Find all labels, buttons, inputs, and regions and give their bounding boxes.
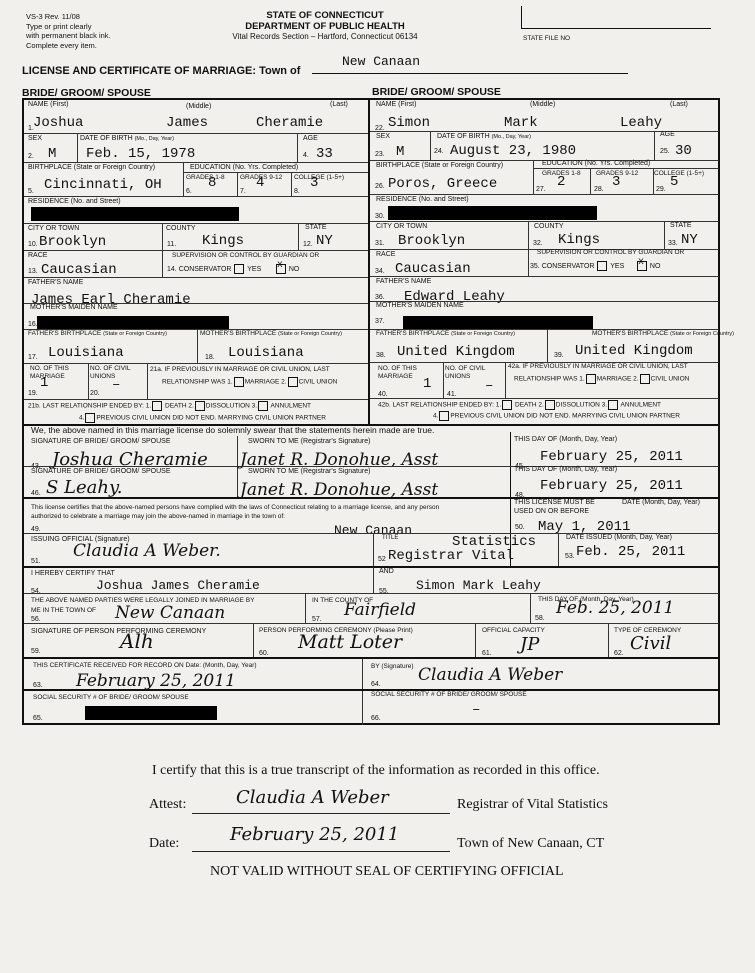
- label-education: EDUCATION (No. Yrs. Completed): [190, 164, 298, 172]
- party2-no-civil[interactable]: –: [485, 379, 493, 393]
- license-expires[interactable]: May 1, 2011: [538, 520, 630, 534]
- document-title: LICENSE AND CERTIFICATE OF MARRIAGE: Tow…: [22, 65, 300, 77]
- cell-divider: [77, 133, 78, 162]
- certify-party2-name[interactable]: Simon Mark Leahy: [416, 579, 541, 593]
- text-line: authorized to celebrate a marriage may j…: [31, 512, 439, 521]
- field-number: 24.: [434, 148, 444, 155]
- cell-divider: [443, 362, 444, 398]
- cell-divider: [547, 329, 548, 363]
- label-annulment: ANNULMENT: [621, 402, 661, 409]
- cell-divider: [183, 162, 184, 196]
- label-dob-format: (Mo., Day, Year): [492, 134, 531, 140]
- received-date[interactable]: February 25, 2011: [76, 673, 236, 689]
- field-number: 53.: [565, 553, 575, 560]
- date-line: [192, 851, 450, 852]
- label-no-civil: NO. OF CIVILUNIONS: [445, 365, 485, 380]
- party2-dob[interactable]: August 23, 1980: [450, 144, 576, 158]
- field-number: 27.: [536, 186, 546, 193]
- ceremony-town[interactable]: New Canaan: [115, 605, 225, 621]
- label-hint: (State or Foreign Country): [451, 331, 515, 337]
- file-no-border: [521, 6, 522, 28]
- label-state: STATE: [305, 224, 327, 232]
- party2-conservator-no-checkbox[interactable]: [637, 261, 647, 271]
- party2-county[interactable]: Kings: [558, 233, 600, 247]
- field-number: 13.: [28, 268, 38, 275]
- field-number: 56.: [31, 616, 41, 623]
- label-annulment: ANNULMENT: [271, 403, 311, 410]
- label-joined-town: ME IN THE TOWN OF: [31, 607, 96, 615]
- ceremony-county[interactable]: Fairfield: [344, 602, 416, 618]
- state-file-no-field[interactable]: [521, 28, 711, 29]
- field-number: 20.: [90, 390, 100, 397]
- cell-divider: [237, 172, 238, 196]
- field-number: 25.: [660, 148, 670, 155]
- label-state: STATE: [670, 222, 692, 230]
- agency-header: STATE OF CONNECTICUT DEPARTMENT OF PUBLI…: [190, 10, 460, 41]
- field-number: 4.: [433, 413, 438, 420]
- label-marriage: MARRIAGE 2.: [597, 376, 639, 383]
- label-line: THIS LICENSE MUST BE: [514, 499, 595, 508]
- party1-mother-birthplace[interactable]: Louisiana: [228, 346, 304, 360]
- field-number: 19.: [28, 390, 38, 397]
- label-no: NO: [650, 263, 661, 270]
- party2-conservator-yes-checkbox[interactable]: [597, 261, 607, 271]
- state-name: STATE OF CONNECTICUT: [190, 10, 460, 21]
- cell-divider: [88, 363, 89, 399]
- row-divider: [533, 168, 719, 169]
- sworn-date-1[interactable]: February 25, 2011: [540, 450, 683, 464]
- party1-state[interactable]: NY: [316, 234, 333, 248]
- field-number: 8.: [294, 188, 300, 195]
- certify-party1-name[interactable]: Joshua James Cheramie: [96, 579, 260, 593]
- party1-grades-1-8[interactable]: 8: [208, 176, 216, 190]
- label-ssn-party2: SOCIAL SECURITY # OF BRIDE/ GROOM/ SPOUS…: [371, 691, 527, 699]
- label-father-name: FATHER'S NAME: [28, 279, 83, 287]
- party1-residence-redacted: [31, 207, 239, 221]
- label-no: NO: [289, 266, 300, 273]
- cell-divider: [528, 249, 529, 276]
- row-divider: [370, 398, 719, 399]
- field-number: 62.: [614, 650, 624, 657]
- prev-relationship-options: RELATIONSHIP WAS 1.MARRIAGE 2.CIVIL UNIO…: [514, 374, 689, 384]
- party1-last-name[interactable]: Cheramie: [256, 116, 323, 130]
- label-mother-birthplace: MOTHER'S BIRTHPLACE (State or Foreign Co…: [592, 330, 734, 338]
- party2-ssn[interactable]: –: [472, 703, 480, 717]
- field-number: 42a.: [508, 363, 521, 370]
- instruction-line: Type or print clearly: [26, 22, 111, 32]
- issuing-official-signature[interactable]: Claudia A Weber.: [73, 543, 221, 559]
- field-number: 42b.: [378, 402, 391, 409]
- party1-dob[interactable]: Feb. 15, 1978: [86, 147, 195, 161]
- label-prev-relationship: 42a. IF PREVIOUSLY IN MARRIAGE OR CIVIL …: [508, 363, 688, 371]
- field-number: 37.: [375, 318, 385, 325]
- label-this-day-1: THIS DAY OF (Month, Day, Year): [514, 436, 617, 444]
- registrar-signature-2[interactable]: Janet R. Donohue, Asst: [240, 482, 438, 498]
- party1-father-birthplace[interactable]: Louisiana: [48, 346, 124, 360]
- party1-ended-death-checkbox[interactable]: [152, 401, 162, 411]
- instruction-line: with permanent black ink.: [26, 31, 111, 41]
- field-number: 50.: [515, 524, 525, 531]
- cell-divider: [237, 436, 238, 498]
- label-county: COUNTY: [534, 223, 564, 231]
- label-sex: SEX: [376, 133, 390, 141]
- row-divider: [183, 172, 368, 173]
- label-residence: RESIDENCE (No. and Street): [376, 196, 469, 204]
- field-number: 30.: [375, 213, 385, 220]
- row-divider: [24, 277, 368, 278]
- label-ssn-party1: SOCIAL SECURITY # OF BRIDE/ GROOM/ SPOUS…: [33, 694, 189, 702]
- field-number: 18.: [205, 354, 215, 361]
- party2-middle-name[interactable]: Mark: [504, 116, 538, 130]
- field-number: 14.: [167, 266, 177, 273]
- label-name-middle: (Middle): [186, 103, 211, 111]
- label-conservator: CONSERVATOR: [542, 263, 595, 270]
- instruction-line: Complete every item.: [26, 41, 111, 51]
- label-hereby: I HEREBY CERTIFY THAT: [31, 570, 115, 578]
- field-number: 52: [378, 556, 386, 563]
- label-race: RACE: [376, 251, 395, 259]
- label-text: MOTHER'S BIRTHPLACE: [592, 330, 668, 337]
- cell-divider: [162, 223, 163, 250]
- attest-date[interactable]: February 25, 2011: [230, 827, 399, 843]
- label-dob: DATE OF BIRTH (Mo., Day, Year): [80, 135, 174, 143]
- department-name: DEPARTMENT OF PUBLIC HEALTH: [190, 21, 460, 32]
- cell-divider: [654, 131, 655, 160]
- row-divider: [370, 221, 719, 222]
- party2-no-marriage[interactable]: 1: [423, 377, 431, 391]
- field-number: 17.: [28, 354, 38, 361]
- section-divider: [24, 657, 719, 659]
- party1-prev-civil-not-ended-checkbox[interactable]: [85, 413, 95, 423]
- label-supervision: SUPERVISION OR CONTROL BY GUARDIAN OR: [172, 252, 319, 260]
- label-no-civil: NO. OF CIVILUNIONS: [90, 365, 130, 380]
- label-received: THIS CERTIFICATE RECEIVED FOR RECORD ON …: [33, 662, 257, 670]
- label-name-first: NAME (First): [28, 101, 68, 109]
- party1-no-civil[interactable]: –: [112, 378, 120, 392]
- performer-capacity[interactable]: JP: [520, 637, 539, 653]
- field-number: 11.: [167, 241, 176, 248]
- party2-race[interactable]: Caucasian: [395, 262, 471, 276]
- label-text: RELATIONSHIP WAS 1.: [514, 376, 585, 383]
- label-text: FATHER'S BIRTHPLACE: [28, 330, 101, 337]
- label-line: NO. OF CIVIL: [90, 365, 130, 373]
- text-line: This license certifies that the above-na…: [31, 503, 439, 512]
- party1-conservator-no-checkbox[interactable]: [276, 264, 286, 274]
- label-sig-performer: SIGNATURE OF PERSON PERFORMING CEREMONY: [31, 628, 206, 636]
- attest-town: Town of New Canaan, CT: [457, 836, 604, 852]
- label-mother-birthplace: MOTHER'S BIRTHPLACE (State or Foreign Co…: [200, 330, 342, 338]
- party1-birthplace[interactable]: Cincinnati, OH: [44, 178, 162, 192]
- field-number: 39.: [554, 352, 564, 359]
- row-divider: [24, 623, 719, 624]
- label-line: NO. OF THIS: [378, 365, 417, 373]
- party1-mother-maiden-redacted: [37, 316, 229, 330]
- cell-divider: [197, 329, 198, 363]
- label-line: NO. OF THIS: [30, 365, 69, 373]
- party1-race[interactable]: Caucasian: [41, 263, 117, 277]
- label-and: AND: [379, 568, 394, 576]
- label-death: DEATH 2.: [515, 402, 544, 409]
- cell-divider: [291, 172, 292, 196]
- label-grades-1-8: GRADES 1-8: [186, 174, 225, 182]
- row-divider: [24, 593, 719, 594]
- party1-ended-dissolution-checkbox[interactable]: [195, 401, 205, 411]
- field-number: 59.: [31, 648, 41, 655]
- prev-civil-row: 4.PREVIOUS CIVIL UNION DID NOT END. MARR…: [433, 411, 680, 421]
- label-text: LAST RELATIONSHIP ENDED BY: 1.: [42, 403, 151, 410]
- label-line: UNIONS: [90, 373, 130, 381]
- label-father-birthplace: FATHER'S BIRTHPLACE (State or Foreign Co…: [28, 330, 167, 338]
- party1-middle-name[interactable]: James: [166, 116, 208, 130]
- label-birthplace: BIRTHPLACE (State or Foreign Country): [28, 164, 155, 172]
- section-divider: [24, 566, 719, 568]
- label-name-last: (Last): [670, 101, 688, 109]
- row-divider: [24, 133, 368, 134]
- party2-signature[interactable]: S Leahy.: [46, 480, 122, 496]
- sworn-date-2[interactable]: February 25, 2011: [540, 479, 683, 493]
- field-number: 46.: [31, 490, 41, 497]
- cell-divider: [373, 533, 374, 567]
- label-yes: YES: [610, 263, 624, 270]
- cell-divider: [373, 567, 374, 594]
- cell-divider: [530, 594, 531, 624]
- cell-divider: [253, 624, 254, 658]
- label-age: AGE: [660, 131, 675, 139]
- field-number: 35.: [530, 263, 540, 270]
- ceremony-type[interactable]: Civil: [630, 636, 671, 652]
- attest-signature[interactable]: Claudia A Weber: [236, 790, 389, 806]
- label-city: CITY OR TOWN: [28, 225, 79, 233]
- column-divider: [368, 98, 370, 425]
- party1-first-name[interactable]: Joshua: [33, 116, 83, 130]
- row-divider: [24, 399, 368, 400]
- party2-ended-death-checkbox[interactable]: [502, 400, 512, 410]
- official-title-line2[interactable]: Registrar Vital: [388, 549, 514, 563]
- label-dob-text: DATE OF BIRTH: [80, 135, 133, 142]
- ceremony-date[interactable]: Feb. 25, 2011: [556, 600, 674, 616]
- party2-ended-annulment-checkbox[interactable]: [608, 400, 618, 410]
- party2-mother-maiden-redacted: [403, 316, 593, 330]
- cell-divider: [162, 250, 163, 277]
- label-line: UNIONS: [445, 373, 485, 381]
- field-number: 23.: [375, 151, 385, 158]
- label-this-day-2: THIS DAY OF (Month, Day, Year): [514, 466, 617, 474]
- field-number: 58.: [535, 615, 545, 622]
- label-mother-maiden: MOTHER'S MAIDEN NAME: [30, 304, 118, 312]
- label-date-issued: DATE ISSUED (Month, Day, Year): [566, 534, 672, 542]
- party1-age[interactable]: 33: [316, 147, 333, 161]
- party2-prev-civil-union-checkbox[interactable]: [640, 374, 650, 384]
- field-number: 38.: [376, 352, 386, 359]
- label-sig-party1: SIGNATURE OF BRIDE/ GROOM/ SPOUSE: [31, 438, 171, 446]
- field-number: 40.: [378, 391, 388, 398]
- label-sig-party2: SIGNATURE OF BRIDE/ GROOM/ SPOUSE: [31, 468, 171, 476]
- label-county: COUNTY: [166, 225, 196, 233]
- field-number: 5.: [28, 188, 34, 195]
- party2-prev-marriage-checkbox[interactable]: [586, 374, 596, 384]
- date-issued[interactable]: Feb. 25, 2011: [576, 545, 685, 559]
- party1-no-marriage[interactable]: 1: [40, 376, 48, 390]
- label-line: USED ON OR BEFORE: [514, 508, 595, 517]
- label-text: FATHER'S BIRTHPLACE: [376, 330, 449, 337]
- label-line: NO. OF CIVIL: [445, 365, 485, 373]
- cell-divider: [533, 160, 534, 194]
- section-address: Vital Records Section – Hartford, Connec…: [190, 32, 460, 41]
- field-number: 6.: [186, 188, 192, 195]
- party2-grades-9-12[interactable]: 3: [612, 175, 620, 189]
- label-father-name: FATHER'S NAME: [376, 278, 431, 286]
- label-death: DEATH 2.: [165, 403, 194, 410]
- field-number: 28.: [594, 186, 604, 193]
- label-date: DATE (Month, Day, Year): [622, 499, 700, 507]
- performer-signature[interactable]: Alh: [120, 633, 154, 649]
- party2-birthplace[interactable]: Poros, Greece: [388, 177, 497, 191]
- attest-signature-line: [192, 813, 450, 814]
- label-text: RELATIONSHIP WAS 1.: [162, 379, 233, 386]
- label-supervision: SUPERVISION OR CONTROL BY GUARDIAN OR: [537, 249, 684, 257]
- party1-conservator-yes-checkbox[interactable]: [234, 264, 244, 274]
- performer-name[interactable]: Matt Loter: [298, 634, 402, 650]
- label-name-last: (Last): [330, 101, 348, 109]
- party2-age[interactable]: 30: [675, 144, 692, 158]
- field-number: 26.: [375, 183, 385, 190]
- party2-father-birthplace[interactable]: United Kingdom: [397, 345, 515, 359]
- label-civil-union: CIVIL UNION: [299, 379, 338, 386]
- party2-college[interactable]: 5: [670, 175, 678, 189]
- attest-label: Attest:: [149, 797, 186, 813]
- conservator-row: 35. CONSERVATOR YES NO: [530, 261, 660, 271]
- field-number: 61.: [482, 650, 492, 657]
- cell-divider: [475, 624, 476, 658]
- form-id: VS-3 Rev. 11/08: [26, 12, 111, 22]
- field-number: 32.: [533, 240, 543, 247]
- cell-divider: [528, 221, 529, 249]
- label-education: EDUCATION (No. Yrs. Completed): [542, 160, 650, 168]
- label-father-birthplace: FATHER'S BIRTHPLACE (State or Foreign Co…: [376, 330, 515, 338]
- label-dob-text: DATE OF BIRTH: [437, 133, 490, 140]
- label-birthplace: BIRTHPLACE (State or Foreign Country): [376, 162, 503, 170]
- party2-sex[interactable]: M: [396, 145, 404, 159]
- cell-divider: [147, 363, 148, 399]
- party1-sex[interactable]: M: [48, 147, 56, 161]
- section-heading-right: BRIDE/ GROOM/ SPOUSE: [372, 86, 501, 98]
- field-number: 21b.: [28, 403, 41, 410]
- row-divider: [370, 276, 719, 277]
- label-race: RACE: [28, 252, 47, 260]
- row-divider: [24, 162, 368, 163]
- label-no-marriage: NO. OF THISMARRIAGE: [30, 365, 69, 380]
- cell-divider: [664, 221, 665, 249]
- label-text: MOTHER'S BIRTHPLACE: [200, 330, 276, 337]
- field-number: 29.: [656, 186, 666, 193]
- date-label: Date:: [149, 836, 179, 852]
- party2-mother-birthplace[interactable]: United Kingdom: [575, 344, 693, 358]
- field-number: 57.: [312, 616, 322, 623]
- label-city: CITY OR TOWN: [376, 223, 427, 231]
- official-title-line1[interactable]: Statistics: [452, 535, 536, 549]
- cell-divider: [505, 362, 506, 398]
- label-text: PREVIOUS CIVIL UNION DID NOT END. MARRYI…: [96, 415, 325, 422]
- field-number: 41.: [447, 391, 457, 398]
- party2-state[interactable]: NY: [681, 233, 698, 247]
- label-by-signature: BY (Signature): [371, 663, 414, 671]
- label-title: TITLE: [382, 534, 398, 542]
- label-line: MARRIAGE: [30, 373, 69, 381]
- party2-last-name[interactable]: Leahy: [620, 116, 662, 130]
- party2-city[interactable]: Brooklyn: [398, 234, 465, 248]
- label-text: PREVIOUS CIVIL UNION DID NOT END. MARRYI…: [450, 413, 679, 420]
- field-number: 49.: [31, 526, 41, 533]
- party2-first-name[interactable]: Simon: [388, 116, 430, 130]
- field-number: 34.: [375, 268, 385, 275]
- label-college: COLLEGE (1-5+): [294, 174, 344, 182]
- license-certification-text: This license certifies that the above-na…: [31, 503, 439, 521]
- received-by-signature[interactable]: Claudia A Weber: [418, 667, 562, 683]
- party1-city[interactable]: Brooklyn: [39, 235, 106, 249]
- label-conservator: CONSERVATOR: [179, 266, 232, 273]
- party1-ended-annulment-checkbox[interactable]: [258, 401, 268, 411]
- label-age: AGE: [303, 135, 318, 143]
- cell-divider: [298, 223, 299, 250]
- label-hint: (State or Foreign Country): [670, 331, 734, 337]
- field-number: 60.: [259, 650, 269, 657]
- prev-civil-row: 4.PREVIOUS CIVIL UNION DID NOT END. MARR…: [79, 413, 326, 423]
- label-name-first: NAME (First): [376, 101, 416, 109]
- label-hint: (State or Foreign Country): [278, 331, 342, 337]
- label-hint: (State or Foreign Country): [103, 331, 167, 337]
- label-line: MARRIAGE: [378, 373, 417, 381]
- label-dob-format: (Mo., Day, Year): [135, 136, 174, 142]
- party1-prev-marriage-checkbox[interactable]: [234, 377, 244, 387]
- label-text: LAST RELATIONSHIP ENDED BY: 1.: [392, 402, 501, 409]
- cell-divider: [430, 131, 431, 160]
- label-college: COLLEGE (1-5+): [654, 170, 704, 178]
- field-number: 66.: [371, 715, 381, 722]
- cell-divider: [590, 168, 591, 194]
- party1-prev-civil-union-checkbox[interactable]: [288, 377, 298, 387]
- field-number: 12.: [303, 241, 313, 248]
- label-text: IF PREVIOUSLY IN MARRIAGE OR CIVIL UNION…: [522, 363, 687, 370]
- section-divider: [24, 497, 719, 499]
- field-number: 63.: [33, 682, 43, 689]
- field-number: 2.: [28, 153, 34, 160]
- label-sworn-2: SWORN TO ME (Registrar's Signature): [248, 468, 370, 476]
- row-divider: [24, 363, 368, 364]
- row-divider: [370, 194, 719, 195]
- party2-prev-civil-not-ended-checkbox[interactable]: [439, 411, 449, 421]
- state-file-no-label: STATE FILE NO: [523, 35, 570, 43]
- field-number: 36.: [375, 294, 385, 301]
- row-divider: [24, 250, 368, 251]
- party1-college[interactable]: 3: [310, 176, 318, 190]
- party1-county[interactable]: Kings: [202, 234, 244, 248]
- field-number: 64.: [371, 681, 381, 688]
- label-dissolution: DISSOLUTION 3.: [206, 403, 257, 410]
- prev-relationship-options: RELATIONSHIP WAS 1.MARRIAGE 2.CIVIL UNIO…: [162, 377, 337, 387]
- party1-grades-9-12[interactable]: 4: [256, 176, 264, 190]
- label-residence: RESIDENCE (No. and Street): [28, 198, 121, 206]
- party2-grades-1-8[interactable]: 2: [557, 175, 565, 189]
- field-number: 10.: [28, 241, 38, 248]
- conservator-row: 14. CONSERVATOR YES NO: [167, 264, 299, 274]
- label-yes: YES: [247, 266, 261, 273]
- label-name-middle: (Middle): [530, 101, 555, 109]
- row-divider: [24, 196, 368, 197]
- field-number: 4.: [79, 415, 84, 422]
- attestation-statement: I certify that this is a true transcript…: [152, 763, 600, 779]
- party2-ended-dissolution-checkbox[interactable]: [545, 400, 555, 410]
- label-prev-relationship: 21a. IF PREVIOUSLY IN MARRIAGE OR CIVIL …: [150, 366, 330, 374]
